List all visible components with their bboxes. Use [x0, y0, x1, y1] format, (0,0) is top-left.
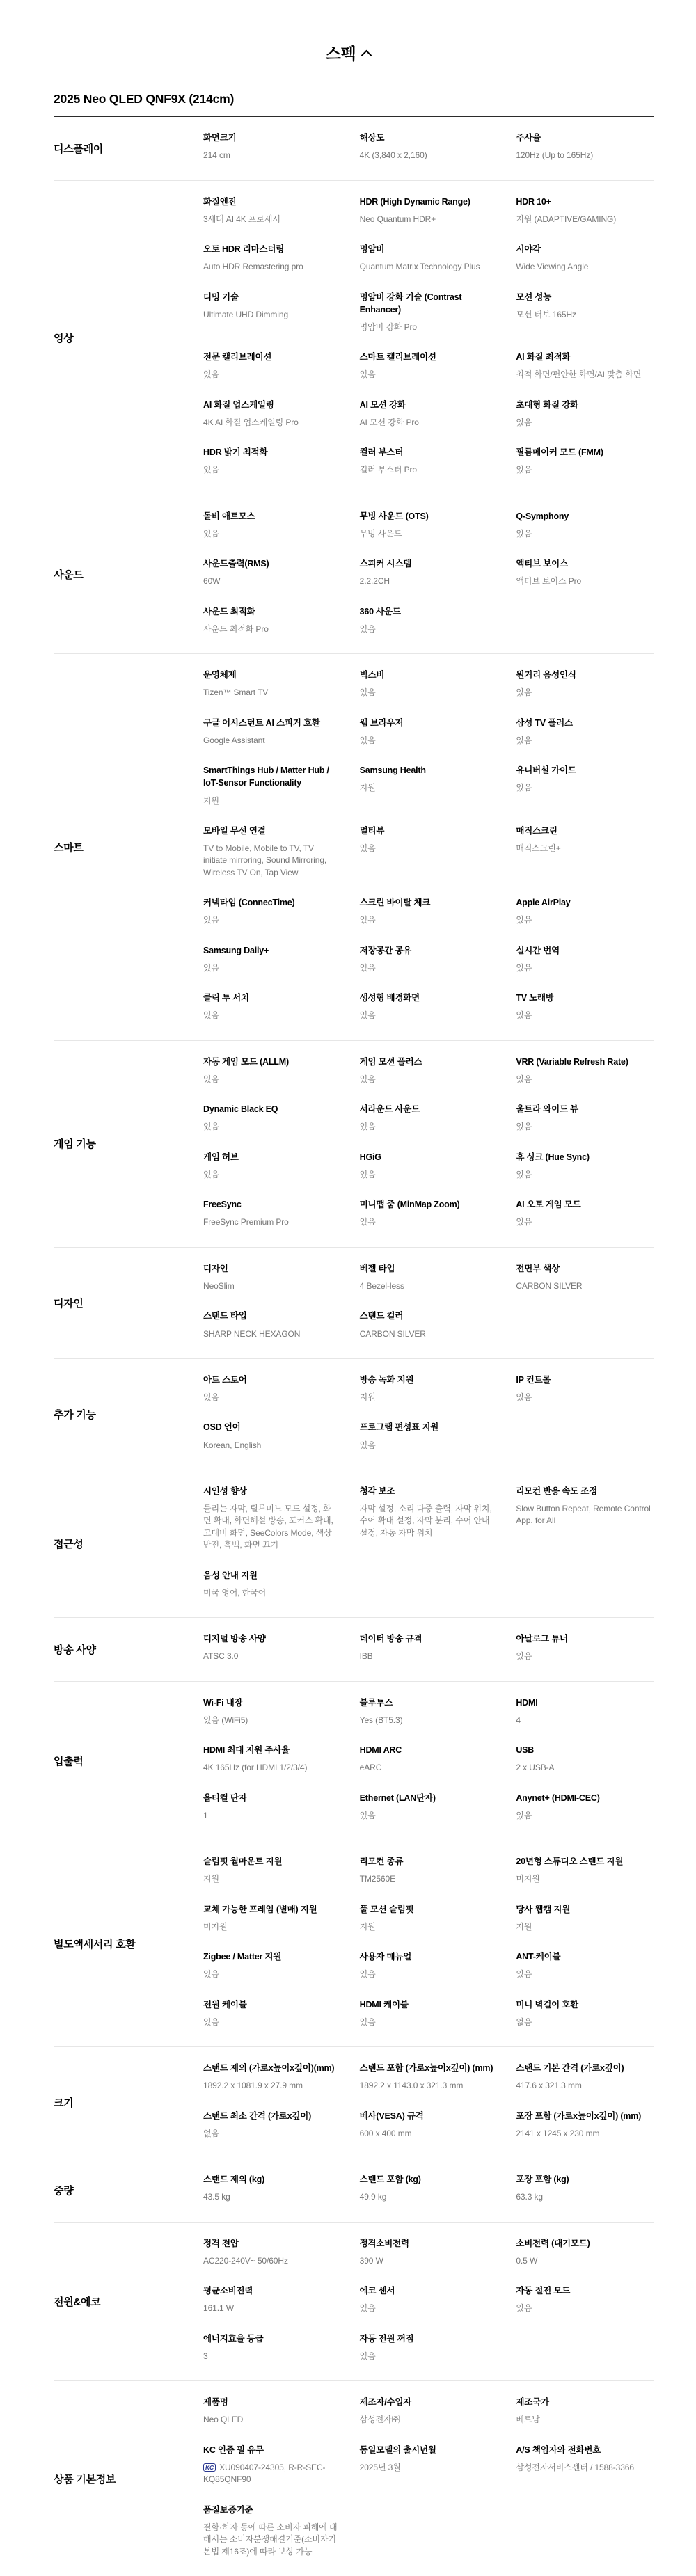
spec-section-name: 크기 — [54, 2095, 203, 2124]
spec-item-value: 미지원 — [516, 1873, 651, 1885]
spec-item-value: 있음 (WiFi5) — [203, 1715, 339, 1726]
spec-item: 필름메이커 모드 (FMM)있음 — [516, 446, 654, 477]
spec-item-label: TV 노래방 — [516, 992, 651, 1004]
spec-item: 사운드 최적화사운드 최적화 Pro — [203, 605, 342, 636]
spec-item-value: 3 — [203, 2351, 339, 2362]
spec-item-label: 제조자/수입자 — [360, 2396, 496, 2408]
spec-item: 화면크기214 cm — [203, 132, 342, 162]
spec-item: 미니 벽걸이 호환없음 — [516, 1998, 654, 2029]
spec-item-value: 2141 x 1245 x 230 mm — [516, 2128, 651, 2140]
spec-item: 디지털 방송 사양ATSC 3.0 — [203, 1632, 342, 1663]
spec-section-items: 시인성 향상들리는 자막, 릴루미노 모드 설정, 화면 확대, 화면해설 방송… — [203, 1485, 654, 1616]
spec-item-label: 스탠드 제외 (kg) — [203, 2173, 339, 2186]
spec-item: 초대형 화질 강화있음 — [516, 399, 654, 429]
spec-item-label: AI 화질 업스케일링 — [203, 399, 339, 411]
spec-item-label: 서라운드 사운드 — [360, 1103, 496, 1115]
spec-item-value: 있음 — [360, 623, 496, 635]
spec-section-row: 영상화질엔진3세대 AI 4K 프로세서HDR (High Dynamic Ra… — [54, 181, 654, 495]
spec-item-label: 초대형 화질 강화 — [516, 399, 651, 411]
spec-item-value: 600 x 400 mm — [360, 2128, 496, 2140]
spec-item: 스탠드 제외 (kg)43.5 kg — [203, 2173, 342, 2204]
spec-item: AI 화질 업스케일링4K AI 화질 업스케일링 Pro — [203, 399, 342, 429]
spec-item-value: 1892.2 x 1143.0 x 321.3 mm — [360, 2080, 496, 2092]
spec-item: HDMI ARCeARC — [360, 1744, 498, 1774]
spec-item: 매직스크린매직스크린+ — [516, 825, 654, 879]
spec-item-value: 120Hz (Up to 165Hz) — [516, 150, 651, 161]
spec-section-row: 게임 기능자동 게임 모드 (ALLM)있음게임 모션 플러스있음VRR (Va… — [54, 1041, 654, 1248]
spec-item-label: 돌비 애트모스 — [203, 510, 339, 523]
spec-item: 전원 케이블있음 — [203, 1998, 342, 2029]
spec-section-name: 상품 기본정보 — [54, 2472, 203, 2500]
spec-item-label: 정격소비전력 — [360, 2237, 496, 2250]
spec-item-value: 매직스크린+ — [516, 843, 651, 854]
spec-item-label: 멀티뷰 — [360, 825, 496, 837]
spec-item-label: AI 오토 게임 모드 — [516, 1198, 651, 1211]
spec-item-value: 있음 — [516, 962, 651, 974]
spec-item-value: 모션 터보 165Hz — [516, 309, 651, 321]
spec-item-value: Google Assistant — [203, 735, 339, 747]
spec-item-label: 컬러 부스터 — [360, 446, 496, 459]
spec-section-items: 운영체제Tizen™ Smart TV빅스비있음원거리 음성인식있음구글 어시스… — [203, 669, 654, 1040]
spec-item-value: 액티브 보이스 Pro — [516, 575, 651, 587]
spec-item: 사운드출력(RMS)60W — [203, 557, 342, 588]
spec-item-label: 전원 케이블 — [203, 1998, 339, 2011]
spec-item-value: Neo Quantum HDR+ — [360, 214, 496, 225]
spec-item-value: 161.1 W — [203, 2303, 339, 2314]
spec-item-value: 있음 — [203, 914, 339, 926]
spec-section-name: 게임 기능 — [54, 1136, 203, 1165]
spec-item-label: Anynet+ (HDMI-CEC) — [516, 1792, 651, 1804]
spec-item-label: 시야각 — [516, 243, 651, 255]
spec-item-value: 지원 — [360, 1392, 496, 1404]
spec-item-value: TV to Mobile, Mobile to TV, TV initiate … — [203, 843, 339, 879]
spec-item: 스탠드 포함 (kg)49.9 kg — [360, 2173, 498, 2204]
spec-section-row: 방송 사양디지털 방송 사양ATSC 3.0데이터 방송 규격IBB아날로그 튜… — [54, 1618, 654, 1682]
kc-certification-icon: KC — [203, 2463, 216, 2472]
spec-item-value: ATSC 3.0 — [203, 1651, 339, 1662]
spec-item-value: 2.2.2CH — [360, 575, 496, 587]
spec-item-label: Apple AirPlay — [516, 896, 651, 909]
spec-item-value: 43.5 kg — [203, 2191, 339, 2203]
spec-item: 제품명Neo QLED — [203, 2396, 342, 2426]
spec-item-value: 4 Bezel-less — [360, 1280, 496, 1292]
spec-item-value: 있음 — [516, 1169, 651, 1181]
spec-item: 자동 절전 모드있음 — [516, 2284, 654, 2315]
spec-section-items: Wi-Fi 내장있음 (WiFi5)블루투스Yes (BT5.3)HDMI4HD… — [203, 1696, 654, 1840]
spec-item-label: 자동 게임 모드 (ALLM) — [203, 1056, 339, 1068]
spec-item-label: SmartThings Hub / Matter Hub / IoT-Senso… — [203, 764, 339, 789]
spec-item: 포장 포함 (kg)63.3 kg — [516, 2173, 654, 2204]
spec-item-value: FreeSync Premium Pro — [203, 1216, 339, 1228]
spec-section-name: 추가 기능 — [54, 1407, 203, 1436]
spec-item-value: 삼성전자㈜ — [360, 2414, 496, 2426]
spec-item: 클릭 투 서치있음 — [203, 992, 342, 1022]
spec-item: 돌비 애트모스있음 — [203, 510, 342, 541]
spec-section-name: 스마트 — [54, 840, 203, 868]
spec-item-label: FreeSync — [203, 1198, 339, 1211]
spec-item-label: OSD 언어 — [203, 1421, 339, 1433]
spec-item-label: Zigbee / Matter 지원 — [203, 1950, 339, 1963]
spec-item-value: 있음 — [203, 1169, 339, 1181]
spec-section-row: 중량스탠드 제외 (kg)43.5 kg스탠드 포함 (kg)49.9 kg포장… — [54, 2158, 654, 2223]
spec-item-label: 휴 싱크 (Hue Sync) — [516, 1151, 651, 1163]
spec-item-value: 있음 — [203, 1121, 339, 1133]
spec-section-row: 디자인디자인NeoSlim베젤 타입4 Bezel-less전면부 색상CARB… — [54, 1248, 654, 1359]
spec-item: 리모컨 반응 속도 조정Slow Button Repeat, Remote C… — [516, 1485, 654, 1552]
spec-item-label: VRR (Variable Refresh Rate) — [516, 1056, 651, 1068]
spec-item-value: 3세대 AI 4K 프로세서 — [203, 214, 339, 225]
spec-section-name: 중량 — [54, 2183, 203, 2211]
spec-item-value: 지원 — [360, 782, 496, 794]
spec-item-label: 명암비 강화 기술 (Contrast Enhancer) — [360, 291, 496, 316]
spec-item-value: 있음 — [360, 687, 496, 699]
spec-item: 데이터 방송 규격IBB — [360, 1632, 498, 1663]
spec-item-label: 블루투스 — [360, 1696, 496, 1709]
spec-item-label: 스탠드 타입 — [203, 1310, 339, 1322]
spec-item-value: 있음 — [360, 914, 496, 926]
spec-section-items: 화면크기214 cm해상도4K (3,840 x 2,160)주사율120Hz … — [203, 132, 654, 180]
spec-item-value: CARBON SILVER — [516, 1280, 651, 1292]
spec-item-label: KC 인증 필 유무 — [203, 2444, 339, 2456]
spec-item-value: 417.6 x 321.3 mm — [516, 2080, 651, 2092]
spec-item: 베젤 타입4 Bezel-less — [360, 1262, 498, 1293]
spec-item-label: Dynamic Black EQ — [203, 1103, 339, 1115]
spec-item-label: 스탠드 제외 (가로x높이x깊이)(mm) — [203, 2062, 339, 2074]
spec-item-value: 있음 — [203, 1010, 339, 1021]
spec-accordion-title: 스펙 — [326, 41, 356, 64]
spec-item: 모션 성능모션 터보 165Hz — [516, 291, 654, 334]
spec-item-value: Wide Viewing Angle — [516, 261, 651, 273]
spec-item-label: 교체 가능한 프레임 (별매) 지원 — [203, 1903, 339, 1916]
spec-item-value: 있음 — [360, 1216, 496, 1228]
spec-item-value: 있음 — [516, 1216, 651, 1228]
spec-section-name: 입출력 — [54, 1754, 203, 1782]
spec-item: KC 인증 필 유무KCXU090407-24305, R-R-SEC-KQ85… — [203, 2444, 342, 2486]
product-title: 2025 Neo QLED QNF9X (214cm) — [54, 68, 654, 117]
spec-item-label: 게임 모션 플러스 — [360, 1056, 496, 1068]
spec-item-value: 결함·하자 등에 따른 소비자 피해에 대해서는 소비자분쟁해결기준(소비자기본… — [203, 2522, 339, 2558]
spec-item-value: 있음 — [360, 2017, 496, 2028]
spec-section-row: 스마트운영체제Tizen™ Smart TV빅스비있음원거리 음성인식있음구글 … — [54, 654, 654, 1041]
spec-item: Apple AirPlay있음 — [516, 896, 654, 927]
spec-section-row: 별도액세서리 호환슬림핏 월마운트 지원지원리모컨 종류TM2560E20년형 … — [54, 1840, 654, 2047]
spec-section-items: 제품명Neo QLED제조자/수입자삼성전자㈜제조국가베트남KC 인증 필 유무… — [203, 2396, 654, 2575]
spec-section-items: 디지털 방송 사양ATSC 3.0데이터 방송 규격IBB아날로그 튜너있음 — [203, 1632, 654, 1680]
spec-item: 명암비 강화 기술 (Contrast Enhancer)명암비 강화 Pro — [360, 291, 498, 334]
spec-accordion-toggle[interactable]: 스펙 — [0, 17, 696, 68]
spec-item-label: HDR 밝기 최적화 — [203, 446, 339, 459]
spec-section-items: 자동 게임 모드 (ALLM)있음게임 모션 플러스있음VRR (Variabl… — [203, 1056, 654, 1246]
spec-item-value: 있음 — [360, 1969, 496, 1980]
spec-item-value: 60W — [203, 575, 339, 587]
spec-section-row: 추가 기능아트 스토어있음방송 녹화 지원지원IP 컨트롤있음OSD 언어Kor… — [54, 1359, 654, 1470]
spec-item-label: Wi-Fi 내장 — [203, 1696, 339, 1709]
spec-item-value: 있음 — [203, 962, 339, 974]
spec-item: A/S 책임자와 전화번호삼성전자서비스센터 / 1588-3366 — [516, 2444, 654, 2486]
spec-item-value: 214 cm — [203, 150, 339, 161]
spec-item-label: 실시간 번역 — [516, 944, 651, 957]
spec-item-label: 저장공간 공유 — [360, 944, 496, 957]
spec-section-items: 디자인NeoSlim베젤 타입4 Bezel-less전면부 색상CARBON … — [203, 1262, 654, 1358]
spec-item-value: 있음 — [516, 1810, 651, 1822]
spec-item-value: Yes (BT5.3) — [360, 1715, 496, 1726]
spec-item-label: HGiG — [360, 1151, 496, 1163]
spec-item: TV 노래방있음 — [516, 992, 654, 1022]
spec-item-value: 390 W — [360, 2255, 496, 2267]
spec-item-label: 원거리 음성인식 — [516, 669, 651, 681]
spec-item-label: 평균소비전력 — [203, 2284, 339, 2297]
spec-item-label: 방송 녹화 지원 — [360, 1374, 496, 1386]
spec-item: 제조국가베트남 — [516, 2396, 654, 2426]
spec-item-value: 있음 — [360, 1121, 496, 1133]
spec-item-label: 데이터 방송 규격 — [360, 1632, 496, 1645]
spec-item: 리모컨 종류TM2560E — [360, 1855, 498, 1886]
spec-section-items: 아트 스토어있음방송 녹화 지원지원IP 컨트롤있음OSD 언어Korean, … — [203, 1374, 654, 1469]
spec-item: 스크린 바이탈 체크있음 — [360, 896, 498, 927]
spec-item: HGiG있음 — [360, 1151, 498, 1182]
spec-item-value: 베트남 — [516, 2414, 651, 2426]
spec-item: 서라운드 사운드있음 — [360, 1103, 498, 1134]
spec-item: Zigbee / Matter 지원있음 — [203, 1950, 342, 1981]
spec-item: 화질엔진3세대 AI 4K 프로세서 — [203, 196, 342, 226]
spec-item-value: Auto HDR Remastering pro — [203, 261, 339, 273]
spec-item-label: 스크린 바이탈 체크 — [360, 896, 496, 909]
spec-item: 커넥타임 (ConnecTime)있음 — [203, 896, 342, 927]
spec-item: OSD 언어Korean, English — [203, 1421, 342, 1452]
spec-section-row: 입출력Wi-Fi 내장있음 (WiFi5)블루투스Yes (BT5.3)HDMI… — [54, 1682, 654, 1841]
spec-item-label: 삼성 TV 플러스 — [516, 717, 651, 729]
spec-item-label: A/S 책임자와 전화번호 — [516, 2444, 651, 2456]
spec-item: 삼성 TV 플러스있음 — [516, 717, 654, 747]
spec-item-value: 자막 설정, 소리 다중 출력, 자막 위치, 수어 확대 설정, 자막 분리,… — [360, 1503, 496, 1539]
spec-item-label: 디밍 기술 — [203, 291, 339, 303]
spec-item: 주사율120Hz (Up to 165Hz) — [516, 132, 654, 162]
spec-item-value: 4K (3,840 x 2,160) — [360, 150, 496, 161]
spec-item: 청각 보조자막 설정, 소리 다중 출력, 자막 위치, 수어 확대 설정, 자… — [360, 1485, 498, 1552]
spec-item-label: 사용자 매뉴얼 — [360, 1950, 496, 1963]
spec-section-name: 접근성 — [54, 1536, 203, 1565]
spec-item-label: 당사 웹캠 지원 — [516, 1903, 651, 1916]
spec-item-value: 있음 — [203, 2017, 339, 2028]
spec-item: HDMI 케이블있음 — [360, 1998, 498, 2029]
spec-item-label: 품질보증기준 — [203, 2504, 339, 2516]
spec-item: 풀 모션 슬림핏지원 — [360, 1903, 498, 1934]
spec-section-items: 화질엔진3세대 AI 4K 프로세서HDR (High Dynamic Rang… — [203, 196, 654, 494]
spec-item: 액티브 보이스액티브 보이스 Pro — [516, 557, 654, 588]
spec-item-label: 자동 절전 모드 — [516, 2284, 651, 2297]
spec-item-value: 있음 — [516, 1074, 651, 1086]
spec-item: 제조자/수입자삼성전자㈜ — [360, 2396, 498, 2426]
spec-item: 디자인NeoSlim — [203, 1262, 342, 1293]
spec-item-value: 있음 — [516, 735, 651, 747]
spec-item-value: IBB — [360, 1651, 496, 1662]
spec-item-value: 0.5 W — [516, 2255, 651, 2267]
spec-item-value: 미국 영어, 한국어 — [203, 1587, 339, 1599]
spec-item: HDR 밝기 최적화있음 — [203, 446, 342, 477]
spec-item-value: 있음 — [203, 464, 339, 476]
spec-item-value: 있음 — [516, 782, 651, 794]
spec-item-label: 클릭 투 서치 — [203, 992, 339, 1004]
spec-item-value: 있음 — [203, 1392, 339, 1404]
spec-item-value: AC220-240V~ 50/60Hz — [203, 2255, 339, 2267]
spec-item: Dynamic Black EQ있음 — [203, 1103, 342, 1134]
spec-item: 생성형 배경화면있음 — [360, 992, 498, 1022]
spec-item: 운영체제Tizen™ Smart TV — [203, 669, 342, 699]
spec-item: 스마트 캘리브레이션있음 — [360, 351, 498, 381]
spec-item-value: 있음 — [203, 1074, 339, 1086]
spec-item-label: 20년형 스튜디오 스탠드 지원 — [516, 1855, 651, 1868]
spec-item-label: 미니 벽걸이 호환 — [516, 1998, 651, 2011]
spec-item-value: 없음 — [203, 2128, 339, 2140]
spec-item-label: 전면부 색상 — [516, 1262, 651, 1275]
spec-item-label: 필름메이커 모드 (FMM) — [516, 446, 651, 459]
spec-item-label: HDR (High Dynamic Range) — [360, 196, 496, 208]
spec-item-label: 시인성 향상 — [203, 1485, 339, 1497]
spec-item: 자동 전원 꺼짐있음 — [360, 2332, 498, 2363]
spec-item: HDR 10+지원 (ADAPTIVE/GAMING) — [516, 196, 654, 226]
spec-item: 전면부 색상CARBON SILVER — [516, 1262, 654, 1293]
spec-item-value: 있음 — [516, 417, 651, 429]
spec-item-label: 유니버설 가이드 — [516, 764, 651, 777]
spec-item: 에코 센서있음 — [360, 2284, 498, 2315]
spec-item-value: 있음 — [360, 1074, 496, 1086]
spec-item-label: Ethernet (LAN단자) — [360, 1792, 496, 1804]
spec-item: Wi-Fi 내장있음 (WiFi5) — [203, 1696, 342, 1727]
spec-item: 스탠드 최소 간격 (가로x깊이)없음 — [203, 2110, 342, 2140]
spec-item: 교체 가능한 프레임 (별매) 지원미지원 — [203, 1903, 342, 1934]
spec-item-label: 해상도 — [360, 132, 496, 144]
spec-section-name: 방송 사양 — [54, 1642, 203, 1671]
spec-item-value: 있음 — [516, 1651, 651, 1662]
spec-item-value: 있음 — [360, 1810, 496, 1822]
spec-item-label: 스마트 캘리브레이션 — [360, 351, 496, 363]
spec-item: USB2 x USB-A — [516, 1744, 654, 1774]
spec-item: 베사(VESA) 규격600 x 400 mm — [360, 2110, 498, 2140]
spec-item-label: ANT-케이블 — [516, 1950, 651, 1963]
spec-item-label: HDMI ARC — [360, 1744, 496, 1756]
spec-item-label: 정격 전압 — [203, 2237, 339, 2250]
spec-item: 스탠드 기본 간격 (가로x깊이)417.6 x 321.3 mm — [516, 2062, 654, 2092]
spec-item-label: Samsung Health — [360, 764, 496, 777]
spec-item-value: Tizen™ Smart TV — [203, 687, 339, 699]
spec-item-value: Slow Button Repeat, Remote Control App. … — [516, 1503, 651, 1527]
spec-item-value: 사운드 최적화 Pro — [203, 623, 339, 635]
spec-item: AI 모션 강화AI 모션 강화 Pro — [360, 399, 498, 429]
spec-item: 오토 HDR 리마스터링Auto HDR Remastering pro — [203, 243, 342, 273]
spec-item: 프로그램 편성표 지원있음 — [360, 1421, 498, 1452]
spec-item-value: 지원 — [516, 1921, 651, 1933]
spec-item-label: 아트 스토어 — [203, 1374, 339, 1386]
spec-section-items: 돌비 애트모스있음무빙 사운드 (OTS)무빙 사운드Q-Symphony있음사… — [203, 510, 654, 653]
spec-item-label: 매직스크린 — [516, 825, 651, 837]
spec-item-value: 4 — [516, 1715, 651, 1726]
spec-item-label: 모션 성능 — [516, 291, 651, 303]
spec-item-label: HDMI — [516, 1696, 651, 1709]
spec-item-value: 있음 — [516, 1392, 651, 1404]
spec-item-label: 제품명 — [203, 2396, 339, 2408]
spec-item: Anynet+ (HDMI-CEC)있음 — [516, 1792, 654, 1822]
spec-item: IP 컨트롤있음 — [516, 1374, 654, 1404]
spec-item-value: 있음 — [203, 369, 339, 381]
spec-item-value: 있음 — [360, 962, 496, 974]
spec-item-value: 있음 — [360, 369, 496, 381]
spec-section-name: 디자인 — [54, 1296, 203, 1324]
spec-item: 명암비Quantum Matrix Technology Plus — [360, 243, 498, 273]
spec-item: 옵티컬 단자1 — [203, 1792, 342, 1822]
spec-item-label: 베사(VESA) 규격 — [360, 2110, 496, 2122]
spec-section-row: 디스플레이화면크기214 cm해상도4K (3,840 x 2,160)주사율1… — [54, 117, 654, 181]
spec-section-items: 스탠드 제외 (가로x높이x깊이)(mm)1892.2 x 1081.9 x 2… — [203, 2062, 654, 2157]
spec-item-value: 49.9 kg — [360, 2191, 496, 2203]
spec-item-label: 디자인 — [203, 1262, 339, 1275]
spec-item-value: KCXU090407-24305, R-R-SEC-KQ85QNF90 — [203, 2462, 339, 2486]
spec-item-label: 화면크기 — [203, 132, 339, 144]
spec-table: 디스플레이화면크기214 cm해상도4K (3,840 x 2,160)주사율1… — [54, 117, 654, 2576]
spec-item-label: 웹 브라우저 — [360, 717, 496, 729]
spec-item: Ethernet (LAN단자)있음 — [360, 1792, 498, 1822]
spec-item-value: 있음 — [360, 1440, 496, 1452]
spec-item-label: 리모컨 종류 — [360, 1855, 496, 1868]
spec-item: 블루투스Yes (BT5.3) — [360, 1696, 498, 1727]
spec-section-row: 전원&에코정격 전압AC220-240V~ 50/60Hz정격소비전력390 W… — [54, 2223, 654, 2382]
spec-item: HDMI4 — [516, 1696, 654, 1727]
spec-item-label: 스탠드 포함 (kg) — [360, 2173, 496, 2186]
spec-item: 스탠드 포함 (가로x높이x깊이) (mm)1892.2 x 1143.0 x … — [360, 2062, 498, 2092]
spec-item-label: 청각 보조 — [360, 1485, 496, 1497]
spec-item: 품질보증기준결함·하자 등에 따른 소비자 피해에 대해서는 소비자분쟁해결기준… — [203, 2504, 342, 2558]
spec-item-label: 화질엔진 — [203, 196, 339, 208]
spec-item-label: 프로그램 편성표 지원 — [360, 1421, 496, 1433]
spec-item-value: 있음 — [516, 1969, 651, 1980]
spec-section-items: 슬림핏 월마운트 지원지원리모컨 종류TM2560E20년형 스튜디오 스탠드 … — [203, 1855, 654, 2046]
spec-item-value: 있음 — [516, 2303, 651, 2314]
spec-item-label: 디지털 방송 사양 — [203, 1632, 339, 1645]
spec-item-value: 있음 — [516, 687, 651, 699]
spec-item-label: 무빙 사운드 (OTS) — [360, 510, 496, 523]
spec-item-label: 소비전력 (대기모드) — [516, 2237, 651, 2250]
spec-item: 20년형 스튜디오 스탠드 지원미지원 — [516, 1855, 654, 1886]
chevron-up-icon — [361, 49, 372, 61]
spec-item-value: 컬러 부스터 Pro — [360, 464, 496, 476]
spec-item: 슬림핏 월마운트 지원지원 — [203, 1855, 342, 1886]
spec-item: AI 오토 게임 모드있음 — [516, 1198, 654, 1229]
spec-item-label: 사운드출력(RMS) — [203, 557, 339, 570]
spec-item-label: 모바일 무선 연결 — [203, 825, 339, 837]
spec-item-label: AI 모션 강화 — [360, 399, 496, 411]
spec-item-label: 자동 전원 꺼짐 — [360, 2332, 496, 2345]
spec-item-label: 주사율 — [516, 132, 651, 144]
spec-item-label: 아날로그 튜너 — [516, 1632, 651, 1645]
spec-item-value: 최적 화면/편안한 화면/AI 맞춤 화면 — [516, 369, 651, 381]
spec-item: 미니맵 줌 (MinMap Zoom)있음 — [360, 1198, 498, 1229]
spec-item-label: 미니맵 줌 (MinMap Zoom) — [360, 1198, 496, 1211]
spec-item-label: 슬림핏 월마운트 지원 — [203, 1855, 339, 1868]
spec-item: ANT-케이블있음 — [516, 1950, 654, 1981]
spec-item: 자동 게임 모드 (ALLM)있음 — [203, 1056, 342, 1086]
spec-item: 스탠드 제외 (가로x높이x깊이)(mm)1892.2 x 1081.9 x 2… — [203, 2062, 342, 2092]
spec-item-label: 동일모델의 출시년월 — [360, 2444, 496, 2456]
spec-item-label: 운영체제 — [203, 669, 339, 681]
spec-item-value: CARBON SILVER — [360, 1328, 496, 1340]
spec-item-value: 명암비 강화 Pro — [360, 321, 496, 333]
spec-item-label: 전문 캘리브레이션 — [203, 351, 339, 363]
spec-item: 스탠드 타입SHARP NECK HEXAGON — [203, 1310, 342, 1340]
spec-item-value: 있음 — [516, 1121, 651, 1133]
spec-item: 정격 전압AC220-240V~ 50/60Hz — [203, 2237, 342, 2268]
spec-section-name: 디스플레이 — [54, 141, 203, 170]
spec-item: 정격소비전력390 W — [360, 2237, 498, 2268]
spec-item: 360 사운드있음 — [360, 605, 498, 636]
